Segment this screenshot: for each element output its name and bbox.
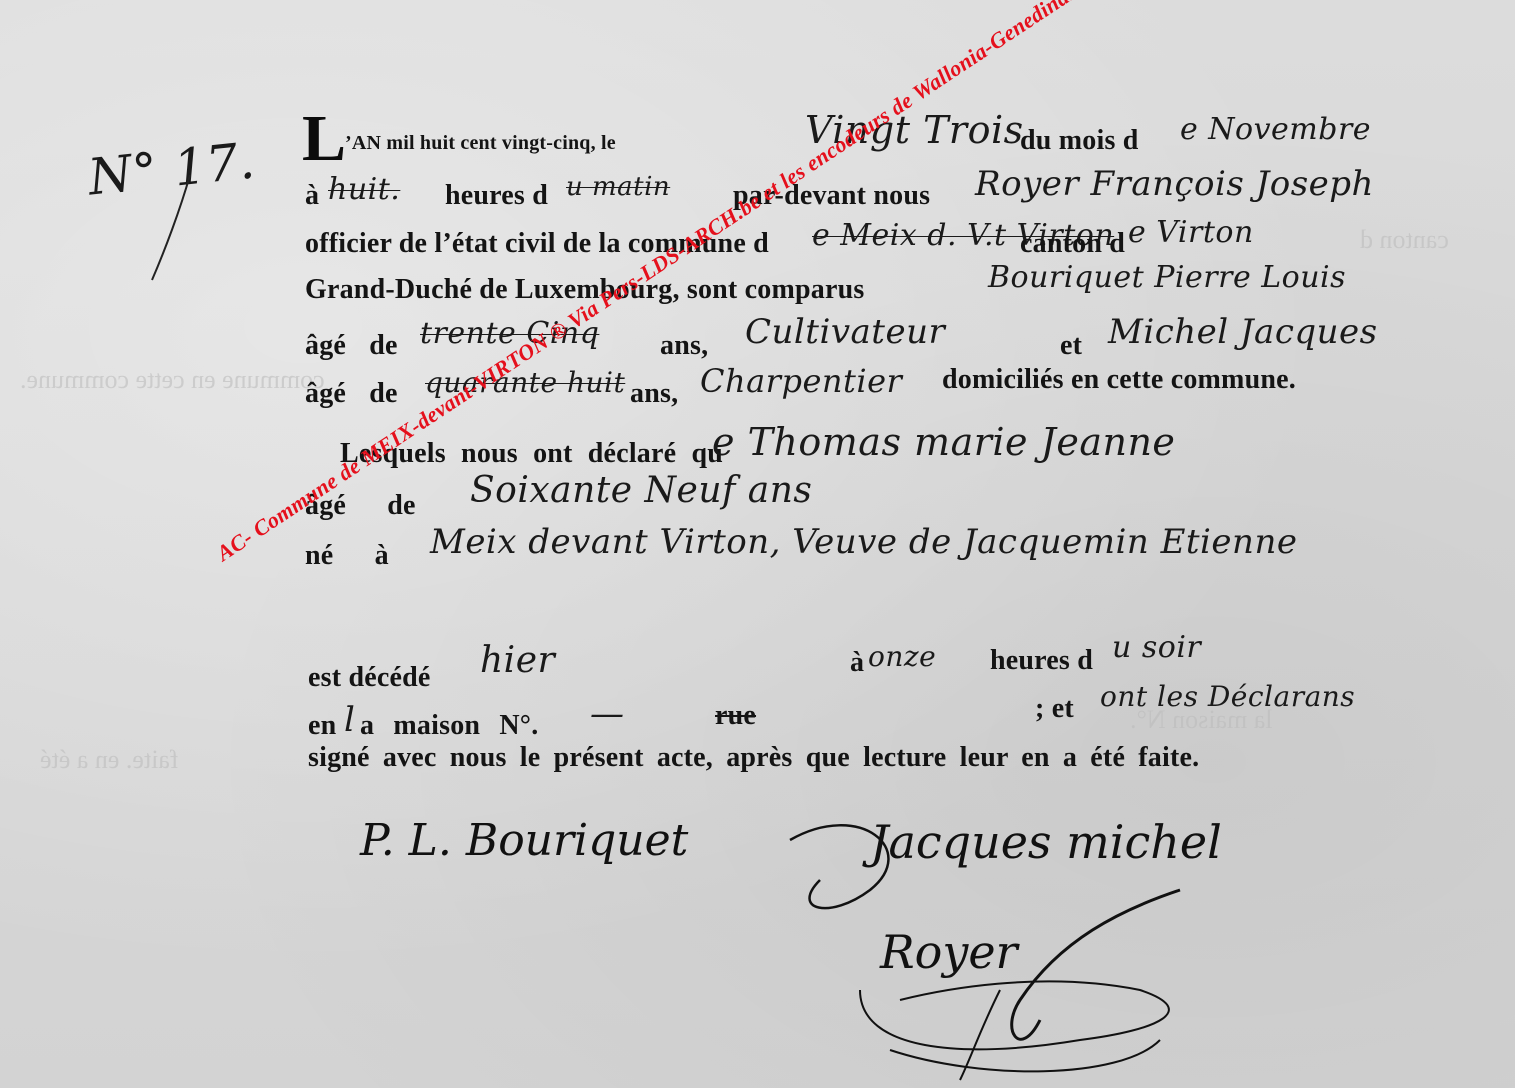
- signature-flourish: [560, 790, 1260, 1088]
- handwritten-time-of-death: u soir: [1112, 630, 1201, 665]
- handwritten-declarants: ont les Déclarans: [1100, 680, 1355, 713]
- bleed-through-text: commune en cette commune.: [20, 365, 325, 395]
- bleed-through-text: canton d: [1360, 225, 1449, 255]
- handwritten-witness-1: Bouriquet Pierre Louis: [988, 260, 1346, 295]
- printed-text: heures d: [990, 645, 1093, 677]
- handwritten-occupation-2: Charpentier: [700, 362, 902, 400]
- bleed-through-text: faite. en a été: [40, 745, 179, 775]
- printed-text: à: [850, 647, 864, 679]
- handwritten-deceased: e Thomas marie Jeanne: [712, 420, 1175, 464]
- handwritten-witness-2: Michel Jacques: [1108, 312, 1378, 352]
- printed-text: ; et: [1035, 693, 1074, 725]
- printed-text: né à: [305, 540, 389, 572]
- printed-text: ans,: [630, 378, 678, 410]
- printed-text: âgé de: [305, 330, 398, 362]
- printed-text: est décédé: [308, 662, 431, 694]
- printed-text: a maison N°.: [360, 710, 538, 742]
- handwritten-officer: Royer François Joseph: [975, 164, 1374, 204]
- printed-text: du mois d: [1020, 125, 1139, 157]
- handwritten-article: l: [344, 700, 355, 740]
- handwritten-occupation-1: Cultivateur: [745, 312, 945, 352]
- printed-text: ’AN mil huit cent vingt-cinq, le: [345, 125, 616, 157]
- drop-cap: L: [302, 106, 346, 172]
- handwritten-hour: huit.: [328, 172, 400, 207]
- handwritten-house-number: —: [590, 694, 625, 734]
- printed-text: canton d: [1020, 228, 1125, 260]
- handwritten-time-of-day: u matin: [566, 172, 670, 202]
- printed-text: âgé de: [305, 378, 398, 410]
- death-record-page: commune en cette commune. canton d la ma…: [0, 0, 1515, 1088]
- handwritten-month: e Novembre: [1180, 112, 1371, 147]
- printed-text: signé avec nous le présent acte, après q…: [308, 742, 1199, 774]
- printed-text: heures d: [445, 180, 548, 212]
- margin-stroke: [140, 170, 200, 290]
- handwritten-birthplace: Meix devant Virton, Veuve de Jacquemin E…: [430, 522, 1297, 562]
- printed-text: et: [1060, 330, 1082, 362]
- printed-text: domiciliés en cette commune.: [942, 364, 1296, 396]
- handwritten-day-of-death: hier: [480, 640, 555, 681]
- printed-text: à: [305, 180, 319, 212]
- printed-text: rue: [715, 700, 756, 732]
- printed-text: en: [308, 710, 336, 742]
- printed-text: ans,: [660, 330, 708, 362]
- handwritten-hour-of-death: onze: [868, 640, 936, 673]
- printed-segment: ’AN mil huit cent vingt-cinq, le: [345, 132, 616, 154]
- handwritten-canton: e Virton: [1128, 215, 1254, 250]
- handwritten-age-deceased: Soixante Neuf ans: [470, 470, 812, 511]
